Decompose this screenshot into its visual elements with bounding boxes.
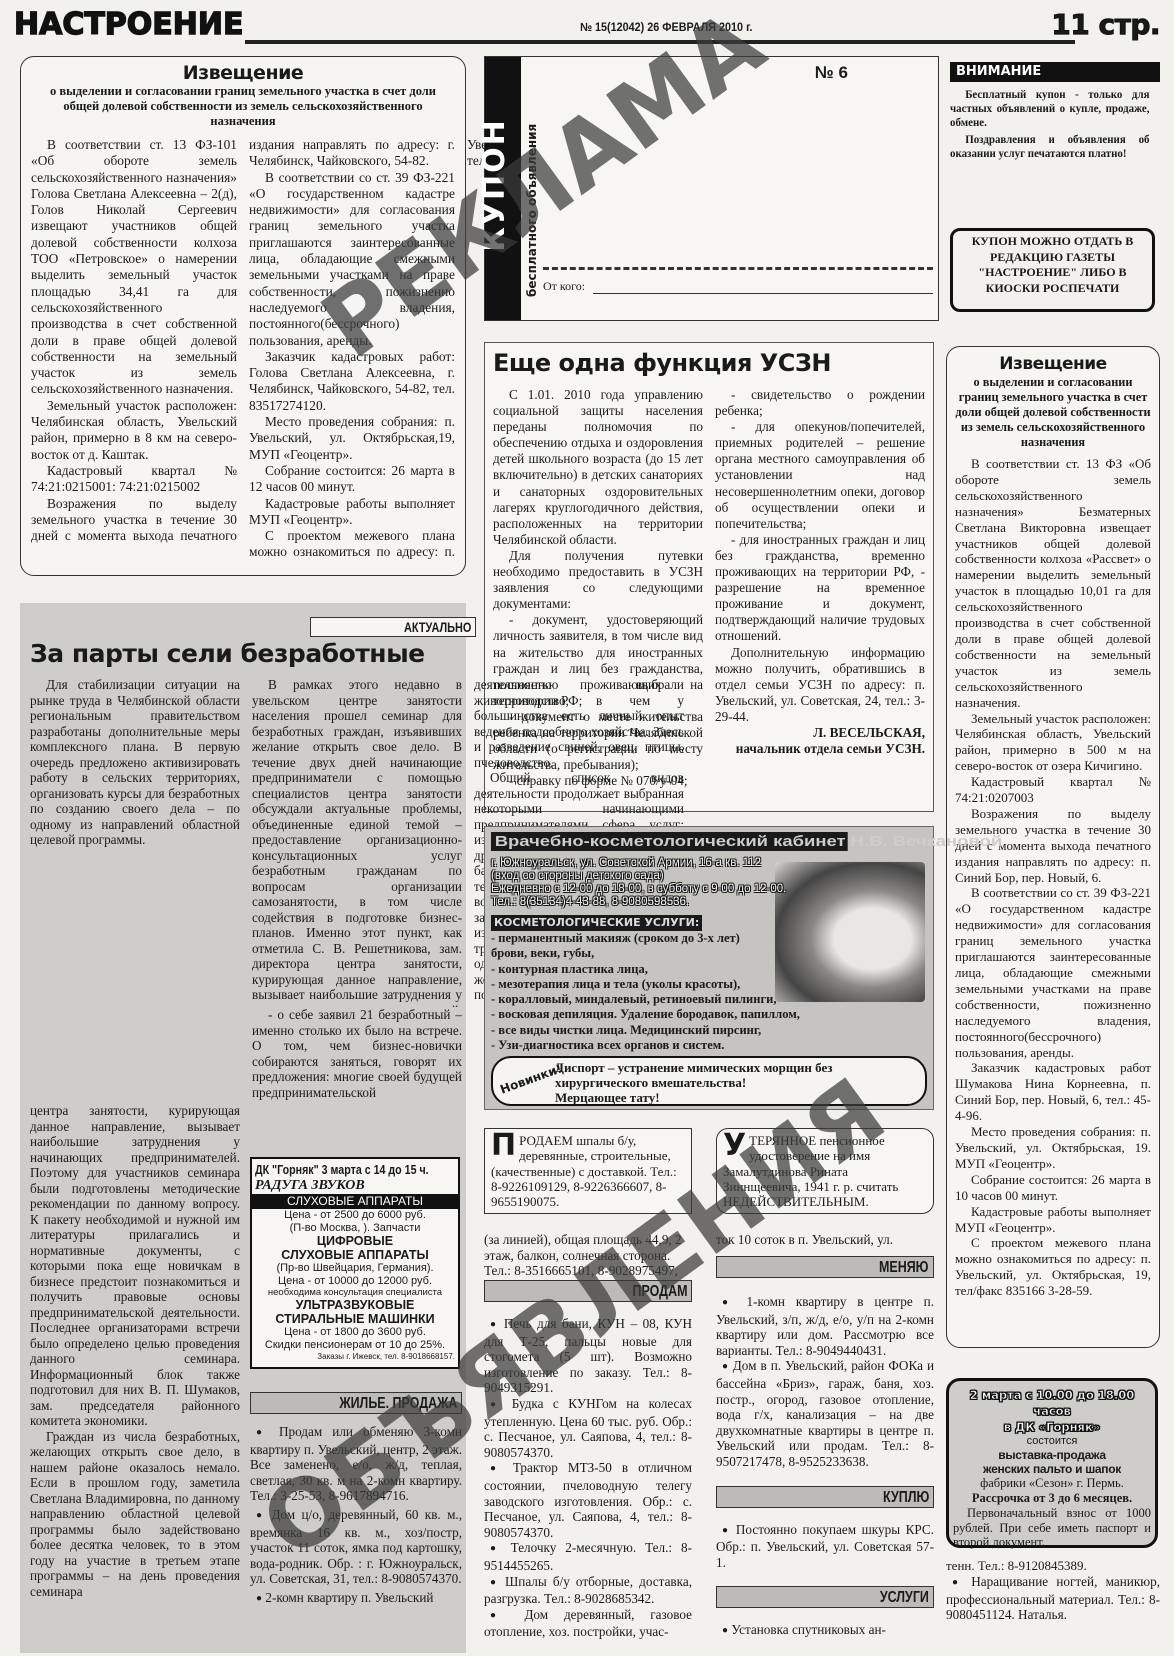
- paragraph: Дополнительную информацию можно получить…: [715, 645, 925, 725]
- coupon-from-field[interactable]: [593, 293, 933, 294]
- coupon-word: КУПОН: [487, 105, 523, 265]
- service-item: - перманентный макияж (сроком до 3-х лет…: [491, 931, 911, 946]
- section-sell: ПРОДАМ ● Печь для бани, КУН – 08, КУН дл…: [484, 1280, 692, 1640]
- article-title: Еще одна функция УСЗН: [493, 349, 831, 377]
- paragraph: Для получения путевки необходимо предост…: [493, 548, 703, 612]
- paragraph: Собрание состоится: 26 марта в 12 часов …: [249, 463, 455, 496]
- bullet-icon: ●: [490, 1319, 498, 1330]
- classified-item: Шпалы б/у отборные, доставка, разгрузка.…: [484, 1574, 692, 1607]
- expo-text: состоится: [953, 1435, 1151, 1448]
- paragraph: В соответствии ст. 13 ФЗ-101 «Об обороте…: [31, 137, 237, 398]
- expo-venue: в ДК «Горняк»: [953, 1419, 1151, 1435]
- classified-item: Телочку 2-месячную. Тел.: 8-9514455265.: [484, 1540, 692, 1573]
- classified-item: Наращивание ногтей, маникюр, профессиона…: [946, 1574, 1160, 1622]
- new-offer-box: Новинки! Диспорт – устранение мимических…: [491, 1056, 927, 1106]
- bullet-icon: ●: [490, 1610, 509, 1621]
- attention-text: Бесплатный купон - только для частных об…: [950, 88, 1150, 161]
- paragraph: Кадастровые работы выполняет МУП «Геоцен…: [249, 496, 455, 529]
- expo-text: фабрики «Сезон» г. Пермь.: [953, 1476, 1151, 1491]
- classified-item: Дом деревянный, газовое отопление, хоз. …: [484, 1607, 692, 1640]
- offer-text: Мерцающее тату!: [555, 1090, 925, 1105]
- section-tag: АКТУАЛЬНО: [310, 617, 476, 637]
- ad-cosmetology: Врачебно-косметологический кабинет Н.В. …: [484, 826, 934, 1110]
- notice-left-body: В соответствии ст. 13 ФЗ-101 «Об обороте…: [31, 137, 455, 567]
- classified-item: Трактор МТЗ-50 в отличном состоянии, пче…: [484, 1460, 692, 1539]
- paragraph: - для иностранных граждан и лиц без граж…: [715, 532, 925, 645]
- section-header-services: УСЛУГИ: [716, 1586, 934, 1608]
- service-item: - Узи-диагностика всех органов и систем.: [491, 1038, 911, 1053]
- paragraph: В соответствии со ст. 39 ФЗ-221 «О госуд…: [955, 885, 1151, 1060]
- notice-right-body: В соответствии ст. 13 ФЗ «Об обороте зем…: [947, 450, 1159, 1305]
- ad-text: (Пр-во Швейцария, Германия).: [255, 1262, 455, 1275]
- ad-text: Цена - от 10000 до 12000 руб.: [255, 1275, 455, 1288]
- notice-right-subtitle: о выделении и согласовании границ земель…: [947, 375, 1159, 450]
- ad-title: Врачебно-косметологический кабинет Н.В. …: [491, 832, 848, 851]
- author-role: начальник отдела семьи УСЗН.: [715, 741, 925, 757]
- bullet-icon: ●: [722, 1625, 728, 1636]
- service-item: - контурная пластика лица,: [491, 962, 911, 977]
- paragraph: - для опекунов/попечителей, приемных род…: [715, 419, 925, 532]
- header-rule: [245, 40, 1075, 44]
- paragraph: Место проведения собрания: п. Увельский,…: [249, 414, 455, 463]
- ad-text: необходима консультация специалиста: [255, 1287, 455, 1298]
- paragraph: Для стабилизации ситуации на рынке труда…: [30, 677, 240, 848]
- ad-headline: ДК "Горняк" 3 марта с 14 до 15 ч.: [255, 1161, 419, 1178]
- paragraph: Поздравления и объявления об оказании ус…: [950, 133, 1150, 161]
- expo-headline: женских пальто и шапок: [953, 1462, 1151, 1476]
- bullet-icon: ●: [722, 1297, 736, 1308]
- offer-text: Диспорт – устранение мимических морщин б…: [555, 1060, 925, 1090]
- paragraph: Граждан из числа безработных, желающих о…: [30, 1429, 240, 1600]
- ad-sleepers: ПРОДАЕМ шпалы б/у, деревянные, строитель…: [484, 1128, 692, 1214]
- classified-continued: (за линией), общая площадь 44,9, 2 этаж,…: [484, 1232, 692, 1280]
- paragraph: В соответствии ст. 13 ФЗ «Об обороте зем…: [955, 456, 1151, 711]
- classified-item: Печь для бани, КУН – 08, КУН для Т-25, п…: [484, 1316, 692, 1395]
- service-item: - мезотерапия лица и тела (уколы красоты…: [491, 977, 911, 992]
- ad-text: СЛУХОВЫЕ АППАРАТЫ: [255, 1248, 455, 1262]
- notice-right-title: Извещение: [947, 353, 1159, 375]
- paragraph: Кадастровый квартал № 74:21:0215001: 74:…: [31, 463, 237, 496]
- ad-text: ЦИФРОВЫЕ: [255, 1234, 455, 1248]
- dropcap: П: [491, 1133, 516, 1159]
- coupon-number: № 6: [815, 65, 848, 81]
- bullet-icon: ●: [490, 1543, 502, 1554]
- ad-hearing-aids: ДК "Горняк" 3 марта с 14 до 15 ч. РАДУГА…: [250, 1157, 460, 1369]
- dropcap: У: [723, 1133, 746, 1159]
- coupon-form: КУПОН бесплатного объявления № 6 От кого…: [484, 56, 939, 321]
- service-item: - восковая депиляция. Удаление бородавок…: [491, 1007, 911, 1022]
- paragraph: Кадастровый квартал № 74:21:0207003: [955, 774, 1151, 806]
- service-item: - коралловый, миндалевый, ретиноевый пил…: [491, 992, 911, 1007]
- paragraph: Земельный участок расположен: Челябинска…: [31, 398, 237, 463]
- notice-left-title: Извещение: [21, 62, 465, 84]
- classified-item: Дом ц/о, деревянный, 60 кв. м., времянка…: [250, 1507, 462, 1586]
- bullet-icon: ●: [490, 1577, 499, 1588]
- service-item: - все виды чистки лица. Медицинский пирс…: [491, 1023, 911, 1038]
- classified-item: Продам или обменяю 3-комн квартиру п. Ув…: [250, 1424, 462, 1503]
- paragraph: Бесплатный купон - только для частных об…: [950, 88, 1150, 130]
- article-title: За парты сели безработные: [30, 639, 425, 669]
- paragraph: Кадастровые работы выполняет МУП «Геоцен…: [955, 1204, 1151, 1236]
- classified-tail: тенн. Тел.: 8-9120845389. ● Наращивание …: [946, 1558, 1160, 1623]
- classified-continued: ток 10 соток в п. Увельский, ул.: [716, 1232, 934, 1250]
- paragraph: Место проведения собрания: п. Увельский,…: [955, 1124, 1151, 1172]
- paragraph: - свидетельство о рождении ребенка;: [715, 387, 925, 419]
- masthead: НАСТРОЕНИЕ: [14, 8, 244, 42]
- coupon-sidebar: КУПОН: [485, 57, 521, 320]
- classified-item: 1-комн квартиру в центре п. Увельский, з…: [716, 1294, 934, 1358]
- bullet-icon: ●: [256, 1427, 269, 1438]
- bullet-icon: ●: [490, 1463, 503, 1474]
- bullet-icon: ●: [490, 1399, 502, 1410]
- notice-left: Извещение о выделении и согласовании гра…: [20, 56, 466, 576]
- bullet-icon: ●: [256, 1593, 262, 1604]
- expo-date: 2 марта с 10.00 до 18.00 часов: [953, 1387, 1151, 1419]
- ad-brand: РАДУГА ЗВУКОВ: [255, 1178, 455, 1194]
- bullet-icon: ●: [722, 1525, 730, 1536]
- ad-contacts: г. Южноуральск, ул. Советской Армии, 16-…: [491, 857, 786, 909]
- paragraph: В соответствии со ст. 39 ФЗ-221 «О госуд…: [249, 170, 455, 349]
- ad-text: Заказы г. Ижевск, тел. 8-9018668157.: [255, 1351, 455, 1364]
- ad-text: Цена - от 1800 до 3600 руб.: [255, 1326, 455, 1339]
- coupon-subtitle: бесплатного объявления: [525, 97, 541, 297]
- bullet-icon: ●: [722, 1361, 729, 1372]
- ad-text: (П-во Москва, ). Запчасти: [255, 1222, 455, 1235]
- notice-left-subtitle: о выделении и согласовании границ земель…: [21, 84, 465, 129]
- classified-text: тенн. Тел.: 8-9120845389.: [946, 1558, 1160, 1574]
- coupon-from-label: От кого:: [543, 279, 585, 295]
- ad-text: Скидки пенсионерам от 10 до 25%.: [255, 1339, 455, 1352]
- expo-text: Рассрочка от 3 до 6 месяцев.: [953, 1491, 1151, 1506]
- section-header: ПРОДАМ: [484, 1280, 692, 1302]
- paragraph: С проектом межевого плана можно ознакоми…: [955, 1235, 1151, 1299]
- ad-text: РОДАЕМ шпалы б/у, деревянные, строительн…: [491, 1133, 677, 1209]
- bullet-icon: ●: [952, 1577, 963, 1588]
- expo-text: Первоначальный взнос от 1000 рублей. При…: [953, 1506, 1151, 1550]
- classified-item: Дом в п. Увельский, район ФОКа и бассейн…: [716, 1358, 934, 1469]
- services-label: КОСМЕТОЛОГИЧЕСКИЕ УСЛУГИ:: [491, 915, 702, 931]
- classified-item: 2-комн квартиру п. Увельский: [265, 1590, 433, 1605]
- issue-date: № 15(12042) 26 ФЕВРАЛЯ 2010 г.: [580, 20, 752, 36]
- classified-item: Будка с КУНГом на колесах утепленную. Це…: [484, 1396, 692, 1460]
- section-header-buy: КУПЛЮ: [716, 1486, 934, 1508]
- paragraph: центра занятости, курирующая данное напр…: [30, 1103, 240, 1429]
- service-item: брови, веки, губы,: [491, 946, 911, 961]
- article-body: Для стабилизации ситуации на рынке труда…: [30, 677, 462, 1103]
- ad-bar: СЛУХОВЫЕ АППАРАТЫ: [252, 1194, 458, 1209]
- ad-text: СТИРАЛЬНЫЕ МАШИНКИ: [255, 1312, 455, 1326]
- section-header: ЖИЛЬЕ. ПРОДАЖА: [250, 1392, 462, 1414]
- services-list: - перманентный макияж (сроком до 3-х лет…: [491, 931, 911, 1053]
- coupon-drop-info: КУПОН МОЖНО ОТДАТЬ В РЕДАКЦИЮ ГАЗЕТЫ "НА…: [950, 228, 1155, 312]
- article-body-continued: центра занятости, курирующая данное напр…: [30, 1103, 240, 1648]
- bullet-icon: ●: [256, 1510, 265, 1521]
- ad-text: Цена - от 2500 до 6000 руб.: [255, 1209, 455, 1222]
- paragraph: В рамках этого недавно в увельском центр…: [252, 677, 462, 1007]
- paragraph: Заказчик кадастровых работ Шумакова Нина…: [955, 1060, 1151, 1124]
- expo-headline: выставка-продажа: [953, 1448, 1151, 1462]
- ad-exhibition: 2 марта с 10.00 до 18.00 часов в ДК «Гор…: [946, 1378, 1158, 1548]
- classified-item: Установка спутниковых ан-: [731, 1622, 886, 1637]
- paragraph: Собрание состоится: 26 марта в 10 часов …: [955, 1172, 1151, 1204]
- ad-text: ТЕРЯННОЕ пенсионное удостоверение на имя…: [723, 1133, 898, 1209]
- paragraph: Заказчик кадастровых работ: Голова Светл…: [249, 349, 455, 414]
- ad-text: УЛЬТРАЗВУКОВЫЕ: [255, 1298, 455, 1312]
- author: Л. ВЕСЕЛЬСКАЯ,: [715, 725, 925, 741]
- paragraph: С 1.01. 2010 года управлению социальной …: [493, 387, 703, 548]
- coupon-cut-line: [543, 267, 933, 270]
- section-header: МЕНЯЮ: [716, 1256, 934, 1278]
- paragraph: Земельный участок расположен: Челябинска…: [955, 711, 1151, 775]
- page-number: 11 стр.: [1051, 8, 1160, 42]
- ad-lost-document: УТЕРЯННОЕ пенсионное удостоверение на им…: [716, 1128, 934, 1214]
- attention-bar: ВНИМАНИЕ: [950, 62, 1160, 82]
- classified-item: Постоянно покупаем шкуры КРС. Обр.: п. У…: [716, 1522, 934, 1570]
- section-housing: ЖИЛЬЕ. ПРОДАЖА ● Продам или обменяю 3-ко…: [250, 1392, 462, 1608]
- section-exchange: МЕНЯЮ ● 1-комн квартиру в центре п. Увел…: [716, 1256, 934, 1640]
